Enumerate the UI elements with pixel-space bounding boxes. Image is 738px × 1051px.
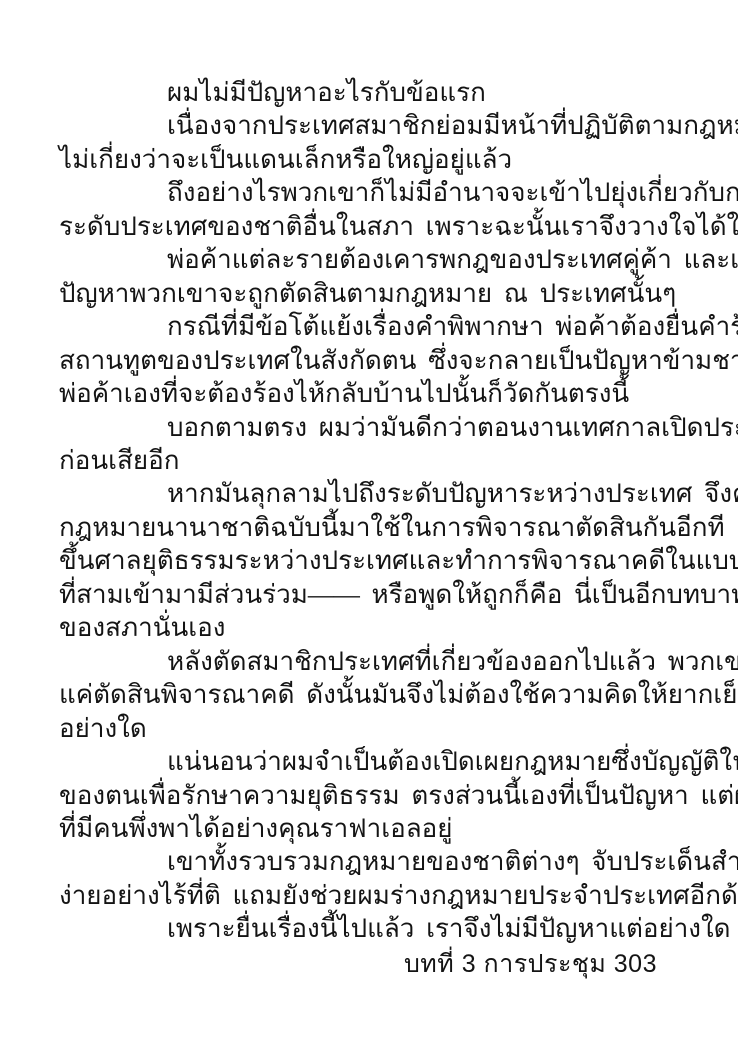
text-line: ของตนเพื่อรักษาความยุติธรรม ตรงส่วนนี้เอ… [59, 779, 679, 812]
text-line: ผมไม่มีปัญหาอะไรกับข้อแรก [59, 76, 679, 109]
text-line: ปัญหาพวกเขาจะถูกตัดสินตามกฎหมาย ณ ประเทศ… [59, 277, 679, 310]
text-line: ที่สามเข้ามามีส่วนร่วม—— หรือพูดให้ถูกก็… [59, 578, 679, 611]
text-line: เขาทั้งรวบรวมกฎหมายของชาติต่างๆ จับประเด… [59, 845, 679, 878]
text-line: บอกตามตรง ผมว่ามันดีกว่าตอนงานเทศกาลเปิด… [59, 411, 679, 444]
text-line: อย่างใด [59, 712, 679, 745]
text-line: กฎหมายนานาชาติฉบับนี้มาใช้ในการพิจารณาตั… [59, 511, 679, 544]
text-line: แค่ตัดสินพิจารณาคดี ดังนั้นมันจึงไม่ต้อง… [59, 678, 679, 711]
text-line: แน่นอนว่าผมจำเป็นต้องเปิดเผยกฎหมายซึ่งบั… [59, 745, 679, 778]
text-line: ก่อนเสียอีก [59, 444, 679, 477]
text-line: ขึ้นศาลยุติธรรมระหว่างประเทศและทำการพิจา… [59, 544, 679, 577]
text-line: ง่ายอย่างไร้ที่ติ แถมยังช่วยผมร่างกฎหมาย… [59, 879, 679, 912]
text-line: เพราะยื่นเรื่องนี้ไปแล้ว เราจึงไม่มีปัญห… [59, 912, 679, 945]
text-line: พ่อค้าเองที่จะต้องร้องไห้กลับบ้านไปนั้นก… [59, 377, 679, 410]
text-line: ที่มีคนพึ่งพาได้อย่างคุณราฟาเอลอยู่ [59, 812, 679, 845]
text-line: ถึงอย่างไรพวกเขาก็ไม่มีอำนาจจะเข้าไปยุ่ง… [59, 176, 679, 209]
book-page: ผมไม่มีปัญหาอะไรกับข้อแรกเนื่องจากประเทศ… [0, 0, 738, 1051]
text-line: ระดับประเทศของชาติอื่นในสภา เพราะฉะนั้นเ… [59, 210, 679, 243]
text-line: สถานทูตของประเทศในสังกัดตน ซึ่งจะกลายเป็… [59, 344, 679, 377]
text-line: หากมันลุกลามไปถึงระดับปัญหาระหว่างประเทศ… [59, 477, 679, 510]
text-line: หลังตัดสมาชิกประเทศที่เกี่ยวข้องออกไปแล้… [59, 645, 679, 678]
text-line: กรณีที่มีข้อโต้แย้งเรื่องคำพิพากษา พ่อค้… [59, 310, 679, 343]
text-line: ไม่เกี่ยงว่าจะเป็นแดนเล็กหรือใหญ่อยู่แล้… [59, 143, 679, 176]
body-text: ผมไม่มีปัญหาอะไรกับข้อแรกเนื่องจากประเทศ… [59, 76, 679, 946]
text-line: เนื่องจากประเทศสมาชิกย่อมมีหน้าที่ปฏิบัต… [59, 109, 679, 142]
page-footer: บทที่ 3 การประชุม 303 [404, 948, 657, 981]
text-line: ของสภานั่นเอง [59, 611, 679, 644]
text-line: พ่อค้าแต่ละรายต้องเคารพกฎของประเทศคู่ค้า… [59, 243, 679, 276]
